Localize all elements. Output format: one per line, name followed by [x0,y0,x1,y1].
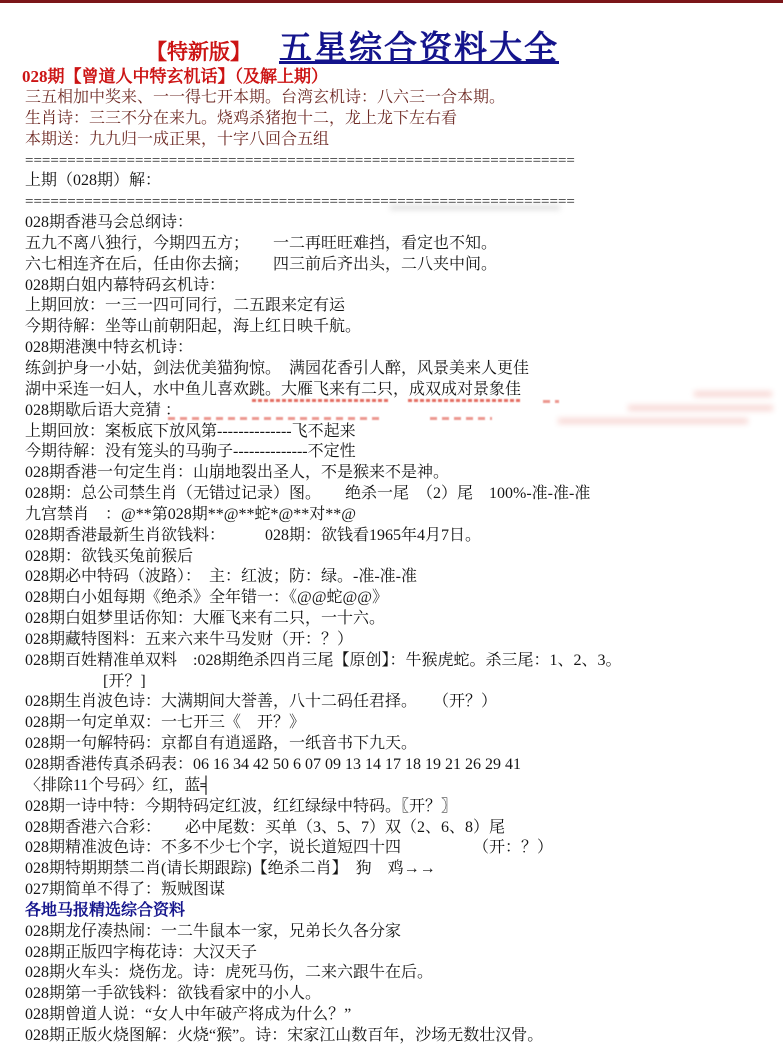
text-line: 五九不离八独行，今期四五方； 一二再旺旺难挡，看定也不知。 [25,234,775,255]
text-line: 028期：总公司禁生肖（无错过记录）图。 绝杀一尾 （2）尾 100%-准-准-… [25,484,775,505]
text-line: 028期香港最新生肖欲钱料： 028期：欲钱看1965年4月7日。 [25,526,775,547]
text-line: 028期精准波色诗：不多不少七个字，说长道短四十四 （开：？） [25,838,775,859]
text-line: 六七相连齐在后，任由你去摘； 四三前后齐出头，二八夹中间。 [25,255,775,276]
text-line: 028期香港传真杀码表：06 16 34 42 50 6 07 09 13 14… [25,755,775,776]
text-line: 今期待解：没有笼头的马驹子--------------不定性 [25,442,775,463]
text-line: 028期曾道人说：“女人中年破产将成为什么？” [25,1005,775,1026]
text-line: 九宫禁肖 ：@**第028期**@**蛇*@**对**@ [25,505,775,526]
text-line: 028期藏特图料：五来六来牛马发财（开：？） [25,630,775,651]
text-line: 上期（028期）解： [25,171,775,192]
text-line: 028期歇后语大竞猜 ： [25,401,775,422]
text-line: 上期回放：案板底下放风第--------------飞不起来 [25,422,775,443]
text-line: 028期龙仔凑热闹：一二牛鼠本一家，兄弟长久各分家 [25,922,775,943]
text-line: ========================================… [25,151,775,172]
text-line: 三五相加中奖来、一一得七开本期。台湾玄机诗：八六三一合本期。 [25,88,775,109]
text-line: 各地马报精选综合资料 [25,901,775,922]
text-line: 028期必中特码（波路）： 主：红波；防：绿。-准-准-准 [25,567,775,588]
text-line: 今期待解：坐等山前朝阳起，海上红日映千航。 [25,317,775,338]
text-line: 028期：欲钱买兔前猴后 [25,547,775,568]
text-line: 028期白姐内幕特码玄机诗： [25,276,775,297]
text-line: 028期百姓精准单双料 :028期绝杀四肖三尾【原创】：牛猴虎蛇。杀三尾：1、2… [25,651,775,672]
text-line: ========================================… [25,192,775,213]
text-line: [开？] [25,672,775,693]
text-line: 028期第一手欲钱料：欲钱看家中的小人。 [25,984,775,1005]
text-line: 028期白姐梦里话你知：大雁飞来有二只，一十六。 [25,609,775,630]
text-line: 028期正版火烧图解：火烧“猴”。诗：宋家江山数百年，沙场无数壮汉骨。 [25,1026,775,1047]
text-line: 练剑护身一小姑，剑法优美猫狗惊。 满园花香引人醉，风景美来人更佳 [25,359,775,380]
text-line: 028期白小姐每期《绝杀》全年错一：《@@蛇@@》 [25,588,775,609]
text-line: 028期一句定单双：一七开三《 开？》 [25,713,775,734]
text-line: 028期一句解特码：京都自有逍遥路，一纸音书下九天。 [25,734,775,755]
text-line: 上期回放：一三一四可同行，二五跟来定有运 [25,296,775,317]
text-line: 本期送：九九归一成正果，十字八回合五组 [25,130,775,151]
text-line: 028期港澳中特玄机诗： [25,338,775,359]
text-line: 028期香港一句定生肖：山崩地裂出圣人，不是猴来不是神。 [25,463,775,484]
content-lines: 三五相加中奖来、一一得七开本期。台湾玄机诗：八六三一合本期。生肖诗：三三不分在来… [25,88,775,1047]
issue-heading: 028期【曾道人中特玄机话】（及解上期） [22,62,328,87]
text-line: 生肖诗：三三不分在来九。烧鸡杀猪抱十二，龙上龙下左右看 [25,109,775,130]
page: { "page": { "badge": "【特新版】", "title": "… [0,0,783,1064]
text-line: 028期火车头：烧伤龙。诗：虎死马伤，二来六跟牛在后。 [25,963,775,984]
text-line: 028期香港六合彩： 必中尾数：买单（3、5、7）双（2、6、8）尾 [25,818,775,839]
text-line: 〈排除11个号码〉红，蓝╡ [25,776,775,797]
text-line: 028期正版四字梅花诗：大汉天子 [25,943,775,964]
text-line: 028期一诗中特：今期特码定红波，红红绿绿中特码。〖开？〗 [25,797,775,818]
text-line: 027期简单不得了：叛贼图谋 [25,880,775,901]
text-line: 028期生肖波色诗：大满期间大誉善，八十二码任君择。 （开？） [25,692,775,713]
text-line: 028期特期期禁二肖(请长期跟踪)【绝杀二肖】 狗 鸡→→ [25,859,775,880]
text-line: 028期香港马会总纲诗： [25,213,775,234]
top-border-line [0,0,783,3]
text-line: 湖中采连一妇人，水中鱼儿喜欢跳。大雁飞来有二只，成双成对景象佳 [25,380,775,401]
